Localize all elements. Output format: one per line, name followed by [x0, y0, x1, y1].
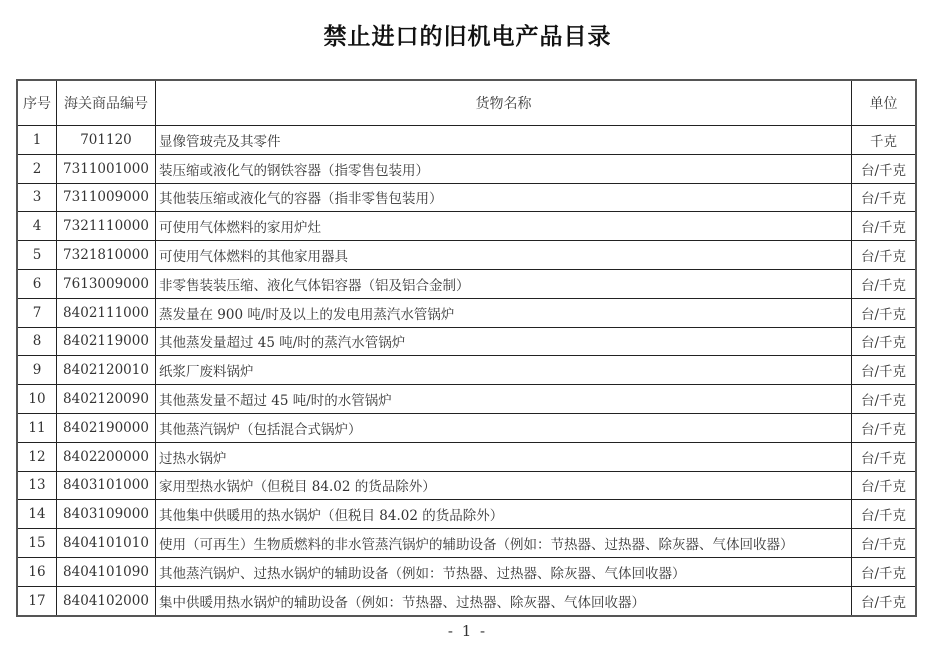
- table-row: 3 7311009000 其他装压缩或液化气的容器（指非零售包装用） 台/千克: [17, 183, 916, 212]
- table-row: 4 7321110000 可使用气体燃料的家用炉灶 台/千克: [17, 212, 916, 241]
- cell-unit: 台/千克: [852, 298, 917, 327]
- cell-unit: 台/千克: [852, 500, 917, 529]
- table-row: 16 8404101090 其他蒸汽锅炉、过热水锅炉的辅助设备（例如：节热器、过…: [17, 557, 916, 586]
- table-row: 10 8402120090 其他蒸发量不超过 45 吨/时的水管锅炉 台/千克: [17, 385, 916, 414]
- cell-seq: 12: [17, 442, 57, 471]
- cell-seq: 6: [17, 269, 57, 298]
- cell-customs-code: 7613009000: [57, 269, 156, 298]
- cell-goods-name: 显像管玻壳及其零件: [156, 126, 852, 155]
- cell-seq: 4: [17, 212, 57, 241]
- cell-unit: 台/千克: [852, 269, 917, 298]
- cell-unit: 台/千克: [852, 442, 917, 471]
- table-row: 2 7311001000 装压缩或液化气的钢铁容器（指零售包装用） 台/千克: [17, 154, 916, 183]
- table-row: 6 7613009000 非零售装装压缩、液化气体铝容器（铝及铝合金制） 台/千…: [17, 269, 916, 298]
- cell-seq: 11: [17, 413, 57, 442]
- cell-customs-code: 701120: [57, 126, 156, 155]
- cell-goods-name: 可使用气体燃料的家用炉灶: [156, 212, 852, 241]
- cell-seq: 7: [17, 298, 57, 327]
- cell-customs-code: 7321810000: [57, 241, 156, 270]
- cell-seq: 10: [17, 385, 57, 414]
- cell-goods-name: 非零售装装压缩、液化气体铝容器（铝及铝合金制）: [156, 269, 852, 298]
- cell-seq: 13: [17, 471, 57, 500]
- table-row: 8 8402119000 其他蒸发量超过 45 吨/时的蒸汽水管锅炉 台/千克: [17, 327, 916, 356]
- cell-customs-code: 8402120010: [57, 356, 156, 385]
- cell-seq: 5: [17, 241, 57, 270]
- cell-goods-name: 集中供暖用热水锅炉的辅助设备（例如：节热器、过热器、除灰器、气体回收器）: [156, 586, 852, 615]
- cell-unit: 台/千克: [852, 529, 917, 558]
- cell-customs-code: 8404102000: [57, 586, 156, 615]
- cell-customs-code: 8402120090: [57, 385, 156, 414]
- cell-unit: 台/千克: [852, 356, 917, 385]
- cell-goods-name: 装压缩或液化气的钢铁容器（指零售包装用）: [156, 154, 852, 183]
- cell-customs-code: 8403109000: [57, 500, 156, 529]
- cell-unit: 台/千克: [852, 471, 917, 500]
- catalog-table: 序号 海关商品编号 货物名称 单位 1 701120 显像管玻壳及其零件 千克 …: [16, 79, 917, 617]
- cell-unit: 台/千克: [852, 154, 917, 183]
- page-number: - 1 -: [0, 622, 935, 640]
- cell-unit: 台/千克: [852, 557, 917, 586]
- cell-unit: 台/千克: [852, 241, 917, 270]
- cell-goods-name: 其他装压缩或液化气的容器（指非零售包装用）: [156, 183, 852, 212]
- cell-unit: 台/千克: [852, 413, 917, 442]
- table-row: 11 8402190000 其他蒸汽锅炉（包括混合式锅炉） 台/千克: [17, 413, 916, 442]
- cell-seq: 15: [17, 529, 57, 558]
- cell-goods-name: 其他蒸汽锅炉（包括混合式锅炉）: [156, 413, 852, 442]
- table-row: 12 8402200000 过热水锅炉 台/千克: [17, 442, 916, 471]
- cell-unit: 台/千克: [852, 183, 917, 212]
- table-row: 14 8403109000 其他集中供暖用的热水锅炉（但税目 84.02 的货品…: [17, 500, 916, 529]
- table-row: 1 701120 显像管玻壳及其零件 千克: [17, 126, 916, 155]
- cell-seq: 2: [17, 154, 57, 183]
- table-row: 7 8402111000 蒸发量在 900 吨/时及以上的发电用蒸汽水管锅炉 台…: [17, 298, 916, 327]
- cell-seq: 9: [17, 356, 57, 385]
- cell-seq: 16: [17, 557, 57, 586]
- cell-goods-name: 其他蒸发量不超过 45 吨/时的水管锅炉: [156, 385, 852, 414]
- header-seq: 序号: [17, 80, 57, 126]
- cell-goods-name: 纸浆厂废料锅炉: [156, 356, 852, 385]
- cell-unit: 台/千克: [852, 327, 917, 356]
- header-unit: 单位: [852, 80, 917, 126]
- cell-customs-code: 7311009000: [57, 183, 156, 212]
- document-title: 禁止进口的旧机电产品目录: [0, 18, 935, 51]
- cell-customs-code: 7321110000: [57, 212, 156, 241]
- cell-customs-code: 8403101000: [57, 471, 156, 500]
- cell-unit: 台/千克: [852, 385, 917, 414]
- cell-goods-name: 其他蒸汽锅炉、过热水锅炉的辅助设备（例如：节热器、过热器、除灰器、气体回收器）: [156, 557, 852, 586]
- cell-goods-name: 过热水锅炉: [156, 442, 852, 471]
- cell-goods-name: 其他集中供暖用的热水锅炉（但税目 84.02 的货品除外）: [156, 500, 852, 529]
- cell-customs-code: 7311001000: [57, 154, 156, 183]
- cell-customs-code: 8402200000: [57, 442, 156, 471]
- cell-goods-name: 其他蒸发量超过 45 吨/时的蒸汽水管锅炉: [156, 327, 852, 356]
- cell-unit: 台/千克: [852, 586, 917, 615]
- table-row: 13 8403101000 家用型热水锅炉（但税目 84.02 的货品除外） 台…: [17, 471, 916, 500]
- cell-goods-name: 使用（可再生）生物质燃料的非水管蒸汽锅炉的辅助设备（例如：节热器、过热器、除灰器…: [156, 529, 852, 558]
- table-row: 15 8404101010 使用（可再生）生物质燃料的非水管蒸汽锅炉的辅助设备（…: [17, 529, 916, 558]
- table-row: 5 7321810000 可使用气体燃料的其他家用器具 台/千克: [17, 241, 916, 270]
- cell-seq: 3: [17, 183, 57, 212]
- cell-goods-name: 家用型热水锅炉（但税目 84.02 的货品除外）: [156, 471, 852, 500]
- table-row: 17 8404102000 集中供暖用热水锅炉的辅助设备（例如：节热器、过热器、…: [17, 586, 916, 615]
- table-header-row: 序号 海关商品编号 货物名称 单位: [17, 80, 916, 126]
- cell-customs-code: 8404101090: [57, 557, 156, 586]
- cell-customs-code: 8404101010: [57, 529, 156, 558]
- cell-seq: 17: [17, 586, 57, 615]
- cell-unit: 千克: [852, 126, 917, 155]
- cell-customs-code: 8402190000: [57, 413, 156, 442]
- header-goods-name: 货物名称: [156, 80, 852, 126]
- cell-goods-name: 蒸发量在 900 吨/时及以上的发电用蒸汽水管锅炉: [156, 298, 852, 327]
- cell-seq: 8: [17, 327, 57, 356]
- cell-customs-code: 8402111000: [57, 298, 156, 327]
- cell-seq: 1: [17, 126, 57, 155]
- cell-goods-name: 可使用气体燃料的其他家用器具: [156, 241, 852, 270]
- table-row: 9 8402120010 纸浆厂废料锅炉 台/千克: [17, 356, 916, 385]
- cell-unit: 台/千克: [852, 212, 917, 241]
- header-customs-code: 海关商品编号: [57, 80, 156, 126]
- cell-customs-code: 8402119000: [57, 327, 156, 356]
- cell-seq: 14: [17, 500, 57, 529]
